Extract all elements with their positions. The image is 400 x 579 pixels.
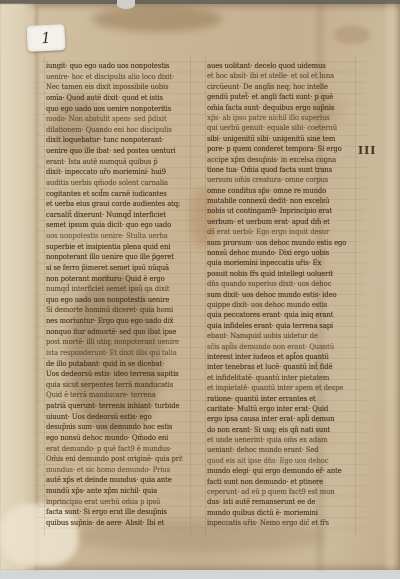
text-line: quia sicut serpentes terrā manducatis	[46, 380, 182, 391]
text-line: do non erant· Si usq; eis qn̄ nati sunt	[207, 425, 348, 435]
text-line: desup̄nis sum· uos demundo hoc estis	[46, 422, 182, 433]
text-line: Uos dedeorsū estis· ideo terrena sapitis	[46, 369, 182, 380]
text-line: caritate· Multū ergo inter erat· Quid	[207, 404, 348, 414]
manuscript-photo: iungit· quo ego uado uos nonpotestisueni…	[0, 0, 400, 579]
text-line: et infidelitatē· quantū inter pietatem	[207, 373, 348, 383]
text-line: uiuunt· Uos dedeorsū estis· ego	[46, 412, 182, 423]
text-line: numqd̄ interficiet semet ipsū qa dixit	[46, 284, 182, 295]
margin-numeral: III	[358, 144, 376, 157]
text-line: xp̄s· ab ipso patre nichil illo superius	[207, 113, 348, 123]
text-line: erant· Ista autē numquā quibus p̄	[46, 157, 182, 168]
text-line: quod eis ait ipse dn̄s· Ego uos dehoc	[207, 456, 348, 466]
text-line: nonpoterant illo uenire quo ille p̄geret	[46, 252, 182, 263]
text-line: inter tenebras et lucē· quantū int̄ fidē	[207, 362, 348, 372]
text-line: uersum om̄is creatura· omne corpus	[207, 175, 348, 185]
text-line: ds̄ erat uerbū· Ego ergo inquit desur	[207, 227, 348, 237]
text-line: nes moriuntur· Ergo quo ego uado dix̄	[46, 316, 182, 327]
text-column-right: aues uolitant· decelo quod uidemuset hoc…	[207, 61, 357, 529]
text-line: et uerba eius graui corde audientes atq;	[46, 199, 182, 210]
text-line: ego nonsū dehoc mundo· Qm̄odo eni	[46, 433, 182, 444]
text-line: ueniant· dehoc mundo erant· Sed	[207, 445, 348, 455]
shelf-label-sticker: 1	[26, 24, 65, 52]
stain-top-edge	[92, 6, 222, 32]
text-line: omne conditus sp̄s· omne re mundo	[207, 186, 348, 196]
text-line: ebant· Namquid uobis uidetur de	[207, 331, 348, 341]
text-line: auditis uerbis qm̄odo solent carnalia	[46, 178, 182, 189]
text-line: uenire· hoc et discipulis alio loco dixi…	[46, 72, 182, 83]
text-line: iungit· quo ego uado uos nonpotestis	[46, 61, 182, 72]
text-line: non poterant morituru· Quid ē ergo	[46, 274, 182, 285]
text-line: patriā querunt· terrenis inhiant· turbid…	[46, 401, 182, 412]
text-line: dn̄s quando superius dixit· uos dehoc	[207, 279, 348, 289]
worn-right-edge	[386, 4, 395, 570]
text-line: post mortē· illi utiq; nonpoterant uenir…	[46, 337, 182, 348]
text-line: mundū xp̄s· ante xp̄m nichil· quia	[46, 486, 182, 497]
text-line: interest inter iudeos et apl̄os quantū	[207, 352, 348, 362]
text-line: quia peccatores erant· quia iniq erant	[207, 310, 348, 320]
text-line: mundo elegi· qui ergo demundo er̄· ante	[207, 466, 348, 476]
text-line: et impietatē· quantū inter spem et despe	[207, 383, 348, 393]
ruling-vertical-left-outer	[44, 56, 45, 536]
text-line: mundo quibus dictū ē· moriemini	[207, 508, 348, 518]
text-line: dilationem· Quando eni hoc discipulis	[46, 125, 182, 136]
text-line: dixit loquebatur· tunc nonpoterant·	[46, 135, 182, 146]
text-line: pore· p quem conderet tempora· Si ergo	[207, 144, 348, 154]
text-line: sc̄is apl̄is demundo non erant· Quantū	[207, 342, 348, 352]
text-line: quo ego uado uos nonpotestis uenire	[46, 295, 182, 306]
top-edge-notch	[117, 0, 135, 9]
text-line: superbie et insipientia plena quid eni	[46, 242, 182, 253]
text-line: circūeunt· De anglīs neq; hoc intelle	[207, 82, 348, 92]
text-line: aues uolitant· decelo quod uidemus	[207, 61, 348, 71]
parchment-page: iungit· quo ego uado uos nonpotestisueni…	[0, 4, 400, 570]
text-line: quippe dixit· uos dehoc mundo estis	[207, 300, 348, 310]
text-line: inpeccatis ur̄is· Nemo ergo dic̄ et fr̄s	[207, 518, 348, 528]
text-line: mutabile connexū dedit· non excelsū	[207, 196, 348, 206]
text-line: ergo ipsa causa inter erat· apl̄i demun	[207, 414, 348, 424]
shelf-label-number: 1	[41, 29, 51, 47]
text-line: et unde uenerint· quia om̄s ex adam	[207, 435, 348, 445]
text-line: et hoc absit· ibi et stelle· et sol et l…	[207, 71, 348, 81]
text-line: semet ipsum quia dicit· quo ego uado	[46, 220, 182, 231]
text-line: nonquo itur admortē· sed quo ibat ipse	[46, 327, 182, 338]
text-line: ista responderunt· Et dixit illis qui ta…	[46, 348, 182, 359]
text-line: uenire quo ille ibat· sed postea uenturi	[46, 146, 182, 157]
text-line: quia infideles erant· quia terrena sapi	[207, 321, 348, 331]
text-line: qui uerbū genuit· equale sibi· coeternū	[207, 123, 348, 133]
text-line: ratione· quantū inter errantes et	[207, 394, 348, 404]
text-line: nonsū dehoc mundo· Dixi ergo uobis	[207, 248, 348, 258]
page-left-folded-edge	[0, 4, 40, 570]
text-line: erat demundo· p quē fact9 ē mundus·	[46, 444, 182, 455]
text-column-left: iungit· quo ego uado uos nonpotestisueni…	[46, 61, 191, 529]
text-line: Si demorte hominū diceret· quia homi	[46, 305, 182, 316]
text-line: Om̄is eni demundo post originē· quia pri…	[46, 454, 182, 465]
ruling-vertical-right-inner	[205, 56, 206, 536]
text-line: omīa· Quod autē dixit· quod et istis	[46, 93, 182, 104]
text-line: quibus sup̄nis· de aere· Absit· Ibi et	[46, 518, 182, 529]
text-line: accipe xp̄m desup̄nis· in excelsa cogna	[207, 155, 348, 165]
text-line: quo ego uado uos uenire nonpoteritis	[46, 104, 182, 115]
text-line: facti sunt non demundo· et ptinere	[207, 477, 348, 487]
text-line: tione tua· Om̄ia quod facta sunt trans	[207, 165, 348, 175]
text-line: ceperunt· ad eū p quem fact9 est mun	[207, 487, 348, 497]
text-line: cogitantes et scd̄m carnē iudicantes	[46, 189, 182, 200]
text-line: sibi· unigenitū sibi· unigenitū sine tem	[207, 134, 348, 144]
text-line: Quid ē terrā manducare· terrena	[46, 390, 182, 401]
text-line: uos nonpotestis uenire· Stulta uerba	[46, 231, 182, 242]
text-line: mundus· et sic homo demundo· Prius	[46, 465, 182, 476]
text-line: quia moriemini inpeccatis ur̄is· Ex	[207, 258, 348, 268]
text-line: sum dixit· uos dehoc mundo estis· ideo	[207, 290, 348, 300]
text-line: uerbum· et uerbum erat· apud dm̄ et	[207, 217, 348, 227]
text-line: dus· isti autē remanserunt ee de	[207, 497, 348, 507]
text-line: gendū putet̄· et angli facti sunt· p quē	[207, 92, 348, 102]
text-line: Nec tamen eis dixit inpossibile uobis	[46, 82, 182, 93]
text-line: sum prorsum· uos dehoc mundo estis ego	[207, 238, 348, 248]
text-line: modo· Non abstulit spem· sed p̄dixit	[46, 114, 182, 125]
text-line: posuit nobis fr̄s quid intellegi uolueri…	[207, 269, 348, 279]
text-line: nobis ut contingam9· Inprincipio erat	[207, 206, 348, 216]
text-line: facta sunt· Si ergo erat ille desup̄nis	[46, 507, 182, 518]
text-line: dixit· inpeccato ur̄o moriemini· hui9	[46, 167, 182, 178]
text-line: inprincipio erat uerbū om̄ia p ipsū	[46, 497, 182, 508]
text-line: om̄ia facta sunt· dequibus ergo sup̄nis	[207, 103, 348, 113]
text-line: si se ferro p̄imeret semet ipsū nūquā	[46, 263, 182, 274]
text-line: autē xp̄s et deinde mundus· quia ante	[46, 475, 182, 486]
text-line: de illo putabant· quid in se dicebat·	[46, 359, 182, 370]
faint-ink-marks	[334, 26, 370, 44]
text-line: carnalit̄ dixerunt· Numqd̄ interficiet	[46, 210, 182, 221]
